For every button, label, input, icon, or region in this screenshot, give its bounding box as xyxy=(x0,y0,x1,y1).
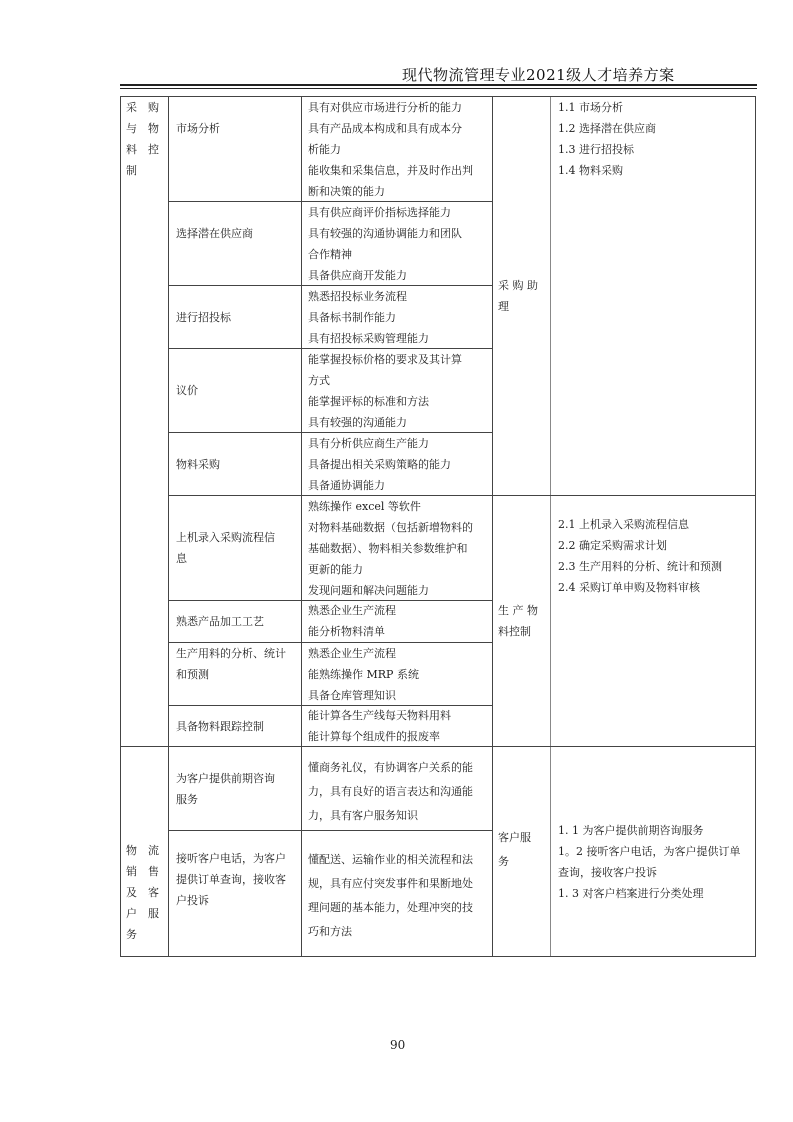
column-divider xyxy=(492,96,493,957)
category-cell: 采 购 与 物 料 控 制 xyxy=(126,97,159,181)
work-item-text: 市场分析 xyxy=(176,118,220,139)
position-cell: 客户服 务 xyxy=(498,826,531,874)
ability-text: 具有较强的沟通协调能力和团队 xyxy=(308,223,462,244)
category-text: 及 客 xyxy=(126,882,159,903)
task-text: 2.3 生产用料的分析、统计和预测 xyxy=(558,556,722,577)
category-text: 务 xyxy=(126,924,159,945)
task-text: 1.3 进行招投标 xyxy=(558,139,656,160)
work-item-text: 具备物料跟踪控制 xyxy=(176,716,264,737)
tasks-cell: 2.1 上机录入采购流程信息 2.2 确定采购需求计划 2.3 生产用料的分析、… xyxy=(558,514,722,598)
tasks-cell: 1.1 市场分析 1.2 选择潜在供应商 1.3 进行招投标 1.4 物料采购 xyxy=(558,97,656,181)
ability-cell: 熟悉企业生产流程 能分析物料清单 xyxy=(308,600,396,642)
page-number: 90 xyxy=(390,1038,405,1052)
task-text: 1. 1 为客户提供前期咨询服务 xyxy=(558,820,741,841)
ability-text: 基础数据）、物料相关参数维护和 xyxy=(308,538,473,559)
ability-text: 具有产品成本构成和具有成本分 xyxy=(308,118,473,139)
ability-text: 能熟练操作 MRP 系统 xyxy=(308,664,419,685)
task-text: 1. 3 对客户档案进行分类处理 xyxy=(558,883,741,904)
work-item-cell: 具备物料跟踪控制 xyxy=(176,716,264,737)
category-text: 销 售 xyxy=(126,861,159,882)
ability-text: 能计算每个组成件的报废率 xyxy=(308,726,451,747)
work-item-cell: 为客户提供前期咨询 服务 xyxy=(176,768,275,810)
work-item-cell: 熟悉产品加工工艺 xyxy=(176,611,264,632)
column-divider xyxy=(301,96,302,957)
position-text: 采 购 助 xyxy=(498,275,538,296)
ability-text: 巧和方法 xyxy=(308,920,473,944)
ability-text: 更新的能力 xyxy=(308,559,473,580)
ability-text: 懂配送、运输作业的相关流程和法 xyxy=(308,848,473,872)
table-border-bottom xyxy=(120,956,756,957)
ability-text: 懂商务礼仪，有协调客户关系的能 xyxy=(308,756,473,780)
ability-text: 具备仓库管理知识 xyxy=(308,685,419,706)
position-text: 生 产 物 xyxy=(498,600,538,621)
work-item-text: 议价 xyxy=(176,380,198,401)
work-item-text: 提供订单查询，接收客 xyxy=(176,869,286,890)
position-cell: 生 产 物 料控制 xyxy=(498,600,538,642)
work-item-cell: 接听客户电话，为客户 提供订单查询，接收客 户投诉 xyxy=(176,848,286,911)
category-text: 户 服 xyxy=(126,903,159,924)
work-item-cell: 物料采购 xyxy=(176,454,220,475)
work-item-cell: 生产用料的分析、统计 和预测 xyxy=(176,643,286,685)
task-text: 2.2 确定采购需求计划 xyxy=(558,535,722,556)
task-text: 2.4 采购订单申购及物料审核 xyxy=(558,577,722,598)
work-item-text: 上机录入采购流程信 xyxy=(176,527,275,548)
task-text: 1.4 物料采购 xyxy=(558,160,656,181)
work-item-cell: 选择潜在供应商 xyxy=(176,223,253,244)
work-item-text: 为客户提供前期咨询 xyxy=(176,768,275,789)
column-divider xyxy=(550,96,551,957)
position-text: 理 xyxy=(498,296,538,317)
ability-text: 具有招投标采购管理能力 xyxy=(308,328,429,349)
work-item-text: 选择潜在供应商 xyxy=(176,223,253,244)
task-text: 2.1 上机录入采购流程信息 xyxy=(558,514,722,535)
work-item-text: 接听客户电话，为客户 xyxy=(176,848,286,869)
position-cell: 采 购 助 理 xyxy=(498,275,538,317)
ability-cell: 懂配送、运输作业的相关流程和法 规，具有应付突发事件和果断地处 理问题的基本能力… xyxy=(308,848,473,944)
ability-text: 能收集和采集信息，并及时作出判 xyxy=(308,160,473,181)
table-border-right xyxy=(755,96,756,957)
ability-cell: 具有供应商评价指标选择能力 具有较强的沟通协调能力和团队 合作精神 具备供应商开… xyxy=(308,202,462,286)
ability-text: 具有对供应市场进行分析的能力 xyxy=(308,97,473,118)
ability-text: 对物料基础数据（包括新增物料的 xyxy=(308,517,473,538)
column-divider xyxy=(168,96,169,957)
ability-cell: 懂商务礼仪，有协调客户关系的能 力，具有良好的语言表达和沟通能 力，具有客户服务… xyxy=(308,756,473,828)
ability-text: 能计算各生产线每天物料用料 xyxy=(308,705,451,726)
ability-text: 方式 xyxy=(308,370,462,391)
ability-text: 发现问题和解决问题能力 xyxy=(308,580,473,601)
work-item-cell: 议价 xyxy=(176,380,198,401)
task-text: 1.1 市场分析 xyxy=(558,97,656,118)
ability-cell: 能计算各生产线每天物料用料 能计算每个组成件的报废率 xyxy=(308,705,451,747)
work-item-text: 和预测 xyxy=(176,664,286,685)
work-item-cell: 进行招投标 xyxy=(176,307,231,328)
ability-text: 力，具有客户服务知识 xyxy=(308,804,473,828)
category-cell: 物 流 销 售 及 客 户 服 务 xyxy=(126,840,159,945)
ability-cell: 熟悉企业生产流程 能熟练操作 MRP 系统 具备仓库管理知识 xyxy=(308,643,419,706)
table-border-left xyxy=(120,96,121,957)
ability-cell: 具有对供应市场进行分析的能力 具有产品成本构成和具有成本分 析能力 能收集和采集… xyxy=(308,97,473,202)
task-text: 1。2 接听客户电话，为客户提供订单 xyxy=(558,841,741,862)
ability-cell: 熟练操作 excel 等软件 对物料基础数据（包括新增物料的 基础数据）、物料相… xyxy=(308,496,473,601)
ability-text: 具备供应商开发能力 xyxy=(308,265,462,286)
ability-cell: 具有分析供应商生产能力 具备提出相关采购策略的能力 具备通协调能力 xyxy=(308,433,451,496)
row-divider xyxy=(168,830,492,831)
ability-text: 具备通协调能力 xyxy=(308,475,451,496)
ability-text: 理问题的基本能力，处理冲突的技 xyxy=(308,896,473,920)
ability-text: 合作精神 xyxy=(308,244,462,265)
task-text: 1.2 选择潜在供应商 xyxy=(558,118,656,139)
category-text: 与 物 xyxy=(126,118,159,139)
work-item-text: 生产用料的分析、统计 xyxy=(176,643,286,664)
work-item-cell: 市场分析 xyxy=(176,118,220,139)
category-text: 制 xyxy=(126,160,159,181)
work-item-text: 熟悉产品加工工艺 xyxy=(176,611,264,632)
ability-text: 规，具有应付突发事件和果断地处 xyxy=(308,872,473,896)
category-text: 料 控 xyxy=(126,139,159,160)
ability-cell: 能掌握投标价格的要求及其计算 方式 能掌握评标的标准和方法 具有较强的沟通能力 xyxy=(308,349,462,433)
position-text: 料控制 xyxy=(498,621,538,642)
category-text: 采 购 xyxy=(126,97,159,118)
ability-text: 能掌握投标价格的要求及其计算 xyxy=(308,349,462,370)
ability-text: 熟悉企业生产流程 xyxy=(308,643,419,664)
category-text: 物 流 xyxy=(126,840,159,861)
ability-text: 具有较强的沟通能力 xyxy=(308,412,462,433)
work-item-text: 息 xyxy=(176,548,275,569)
ability-text: 力，具有良好的语言表达和沟通能 xyxy=(308,780,473,804)
header-rule xyxy=(120,84,757,86)
ability-text: 析能力 xyxy=(308,139,473,160)
work-item-cell: 上机录入采购流程信 息 xyxy=(176,527,275,569)
ability-text: 能分析物料清单 xyxy=(308,621,396,642)
ability-cell: 熟悉招投标业务流程 具备标书制作能力 具有招投标采购管理能力 xyxy=(308,286,429,349)
ability-text: 熟悉企业生产流程 xyxy=(308,600,396,621)
ability-text: 能掌握评标的标准和方法 xyxy=(308,391,462,412)
ability-text: 具备标书制作能力 xyxy=(308,307,429,328)
tasks-cell: 1. 1 为客户提供前期咨询服务 1。2 接听客户电话，为客户提供订单 查询，接… xyxy=(558,820,741,904)
work-item-text: 服务 xyxy=(176,789,275,810)
position-text: 客户服 xyxy=(498,826,531,850)
position-text: 务 xyxy=(498,850,531,874)
ability-text: 具备提出相关采购策略的能力 xyxy=(308,454,451,475)
ability-text: 熟练操作 excel 等软件 xyxy=(308,496,473,517)
work-item-text: 进行招投标 xyxy=(176,307,231,328)
header-rule-thin xyxy=(120,88,757,89)
work-item-text: 户投诉 xyxy=(176,890,286,911)
document-header-title: 现代物流管理专业2021级人才培养方案 xyxy=(402,64,675,85)
ability-text: 具有供应商评价指标选择能力 xyxy=(308,202,462,223)
ability-text: 具有分析供应商生产能力 xyxy=(308,433,451,454)
task-text: 查询，接收客户投诉 xyxy=(558,862,741,883)
ability-text: 熟悉招投标业务流程 xyxy=(308,286,429,307)
ability-text: 断和决策的能力 xyxy=(308,181,473,202)
work-item-text: 物料采购 xyxy=(176,454,220,475)
